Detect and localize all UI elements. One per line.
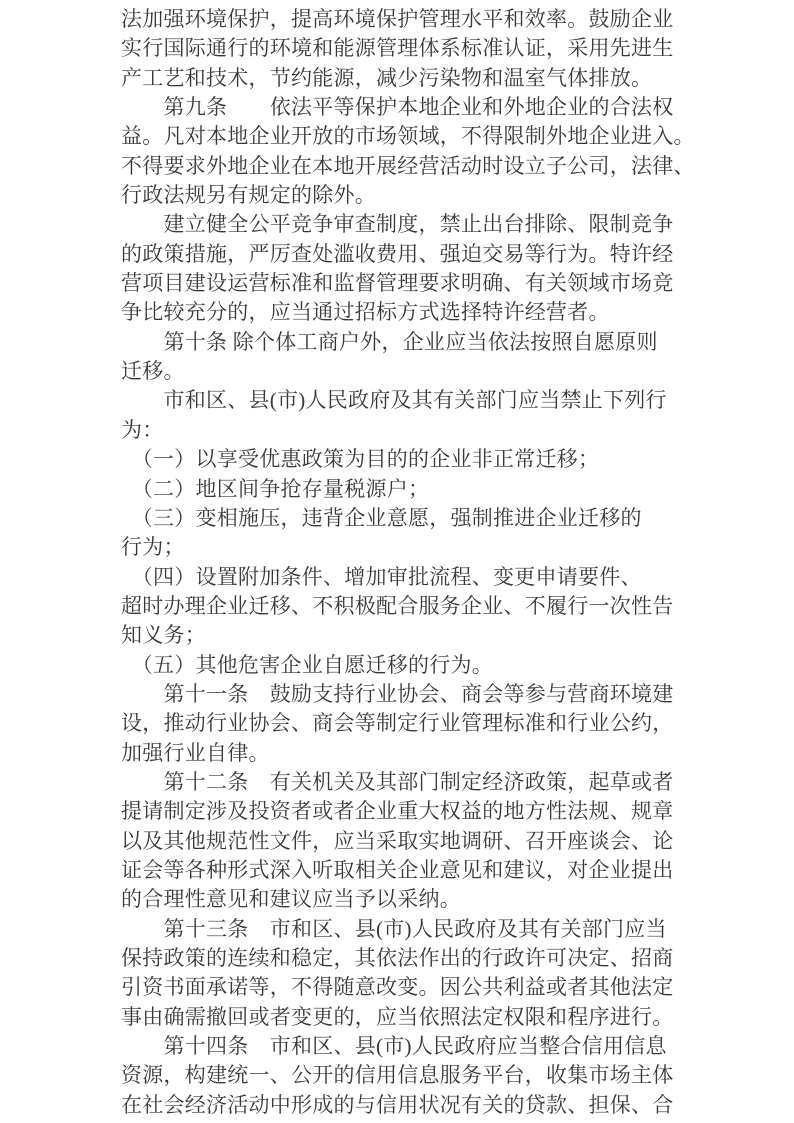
text-line: 的合理性意见和建议应当予以采纳。 [121,885,694,914]
text-line: 法加强环境保护，提高环境保护管理水平和效率。鼓励企业 [121,5,694,34]
text-line: 行政法规另有规定的除外。 [121,181,694,210]
text-line: 提请制定涉及投资者或者企业重大权益的地方性法规、规章 [121,797,694,826]
text-line: 实行国际通行的环境和能源管理体系标准认证，采用先进生 [121,34,694,63]
text-line: （三）变相施压，违背企业意愿，强制推进企业迁移的 [121,504,694,533]
text-line: 引资书面承诺等，不得随意改变。因公共利益或者其他法定 [121,973,694,1002]
text-line: 事由确需撤回或者变更的，应当依照法定权限和程序进行。 [121,1003,694,1032]
text-line: 加强行业自律。 [121,739,694,768]
text-line: 为： [121,416,694,445]
text-line: 营项目建设运营标准和监督管理要求明确、有关领域市场竞 [121,269,694,298]
text-line: 益。凡对本地企业开放的市场领域，不得限制外地企业进入。 [121,122,694,151]
text-line: 资源，构建统一、公开的信用信息服务平台，收集市场主体 [121,1061,694,1090]
text-line: 第十二条 有关机关及其部门制定经济政策，起草或者 [121,768,694,797]
text-line: 第九条 依法平等保护本地企业和外地企业的合法权 [121,93,694,122]
text-line: 行为； [121,533,694,562]
text-line: （二）地区间争抢存量税源户； [121,475,694,504]
text-line: 的政策措施，严厉查处滥收费用、强迫交易等行为。特许经 [121,240,694,269]
text-line: 以及其他规范性文件，应当采取实地调研、召开座谈会、论 [121,827,694,856]
document-page: 法加强环境保护，提高环境保护管理水平和效率。鼓励企业实行国际通行的环境和能源管理… [0,0,794,1123]
text-line: 不得要求外地企业在本地开展经营活动时设立子公司，法律、 [121,152,694,181]
text-line: 保持政策的连续和稳定，其依法作出的行政许可决定、招商 [121,944,694,973]
text-line: 建立健全公平竞争审查制度，禁止出台排除、限制竞争 [121,210,694,239]
text-line: （一）以享受优惠政策为目的的企业非正常迁移； [121,445,694,474]
text-line: 第十四条 市和区、县(市)人民政府应当整合信用信息 [121,1032,694,1061]
text-line: 市和区、县(市)人民政府及其有关部门应当禁止下列行 [121,386,694,415]
text-line: （五）其他危害企业自愿迁移的行为。 [121,651,694,680]
text-line: 迁移。 [121,357,694,386]
text-line: 在社会经济活动中形成的与信用状况有关的贷款、担保、合 [121,1091,694,1120]
text-line: 产工艺和技术，节约能源，减少污染物和温室气体排放。 [121,64,694,93]
text-line: 超时办理企业迁移、不积极配合服务企业、不履行一次性告 [121,592,694,621]
text-line: （四）设置附加条件、增加审批流程、变更申请要件、 [121,563,694,592]
text-line: 争比较充分的，应当通过招标方式选择特许经营者。 [121,298,694,327]
text-line: 证会等各种形式深入听取相关企业意见和建议，对企业提出 [121,856,694,885]
text-line: 知义务； [121,621,694,650]
document-body: 法加强环境保护，提高环境保护管理水平和效率。鼓励企业实行国际通行的环境和能源管理… [121,5,694,1120]
text-line: 第十条 除个体工商户外，企业应当依法按照自愿原则 [121,328,694,357]
text-line: 第十一条 鼓励支持行业协会、商会等参与营商环境建 [121,680,694,709]
text-line: 第十三条 市和区、县(市)人民政府及其有关部门应当 [121,915,694,944]
text-line: 设，推动行业协会、商会等制定行业管理标准和行业公约， [121,709,694,738]
